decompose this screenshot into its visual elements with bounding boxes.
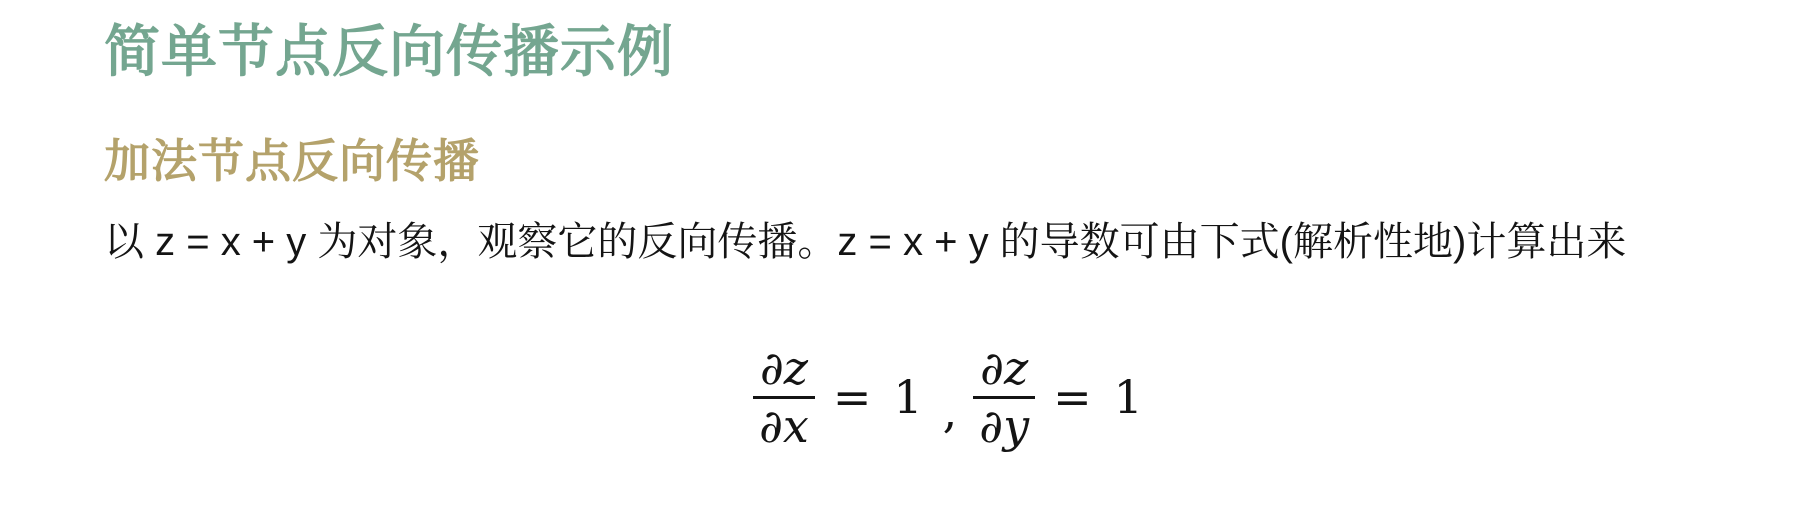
section-heading: 加法节点反向传播 <box>104 138 1796 184</box>
equals-sign: = <box>1049 374 1096 420</box>
math-formula: ∂z ∂x = 1 , ∂z ∂y = 1 <box>104 342 1796 453</box>
fraction-dz-dy-numerator: ∂z <box>974 342 1034 395</box>
fraction-dz-dx: ∂z ∂x <box>753 342 815 453</box>
page-title: 简单节点反向传播示例 <box>104 24 1796 80</box>
value-one: 1 <box>889 374 926 420</box>
fraction-dz-dx-denominator: ∂x <box>753 400 815 453</box>
comma-separator: , <box>941 388 960 434</box>
equals-sign: = <box>829 374 876 420</box>
fraction-dz-dy-denominator: ∂y <box>973 400 1035 453</box>
document-page: 简单节点反向传播示例 加法节点反向传播 以 z = x + y 为对象，观察它的… <box>0 0 1796 521</box>
fraction-dz-dy: ∂z ∂y <box>973 342 1035 453</box>
value-one: 1 <box>1110 374 1147 420</box>
body-paragraph: 以 z = x + y 为对象，观察它的反向传播。z = x + y 的导数可由… <box>104 220 1796 264</box>
fraction-dz-dx-numerator: ∂z <box>754 342 814 395</box>
